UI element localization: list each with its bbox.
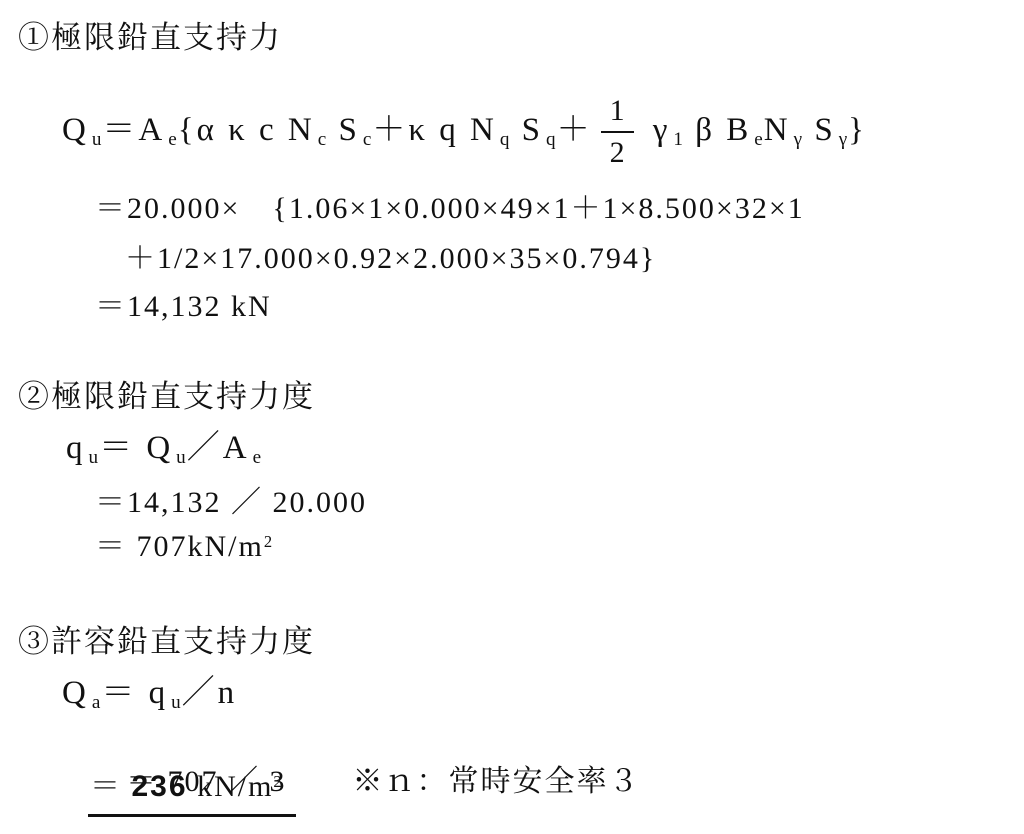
qu-result: ＝14,132 kN: [95, 281, 272, 325]
qa-final-result: ＝ 236 kN/m2: [88, 761, 296, 817]
safety-factor-note: ※ｎ：常時安全率３: [353, 765, 641, 798]
qu-intensity-result: ＝ 707kN/m2: [95, 521, 272, 565]
qa-formula: Qa＝ qu／n: [62, 666, 237, 714]
qu-calculation-line-2: ＋1/2×17.000×0.92×2.000×35×0.794}: [125, 233, 656, 277]
section2-heading: ②極限鉛直支持力度: [18, 371, 315, 416]
qu-intensity-calculation-line: ＝14,132 ／ 20.000: [95, 477, 367, 521]
section3-heading: ③許容鉛直支持力度: [18, 616, 315, 661]
section1-heading: ①極限鉛直支持力: [18, 12, 282, 57]
qu-intensity-formula: qu＝ Qu／Ae: [66, 421, 262, 469]
qu-calculation-line-1: ＝20.000× {1.06×1×0.000×49×1＋1×8.500×32×1: [95, 183, 805, 227]
qu-formula: Qu＝Ae{α κ c Nc Sc＋κ q Nq Sq＋12 γ1 β BeNγ…: [62, 84, 867, 176]
bearing-capacity-calculation-document: ①極限鉛直支持力 Qu＝Ae{α κ c Nc Sc＋κ q Nq Sq＋12 …: [0, 0, 1024, 834]
